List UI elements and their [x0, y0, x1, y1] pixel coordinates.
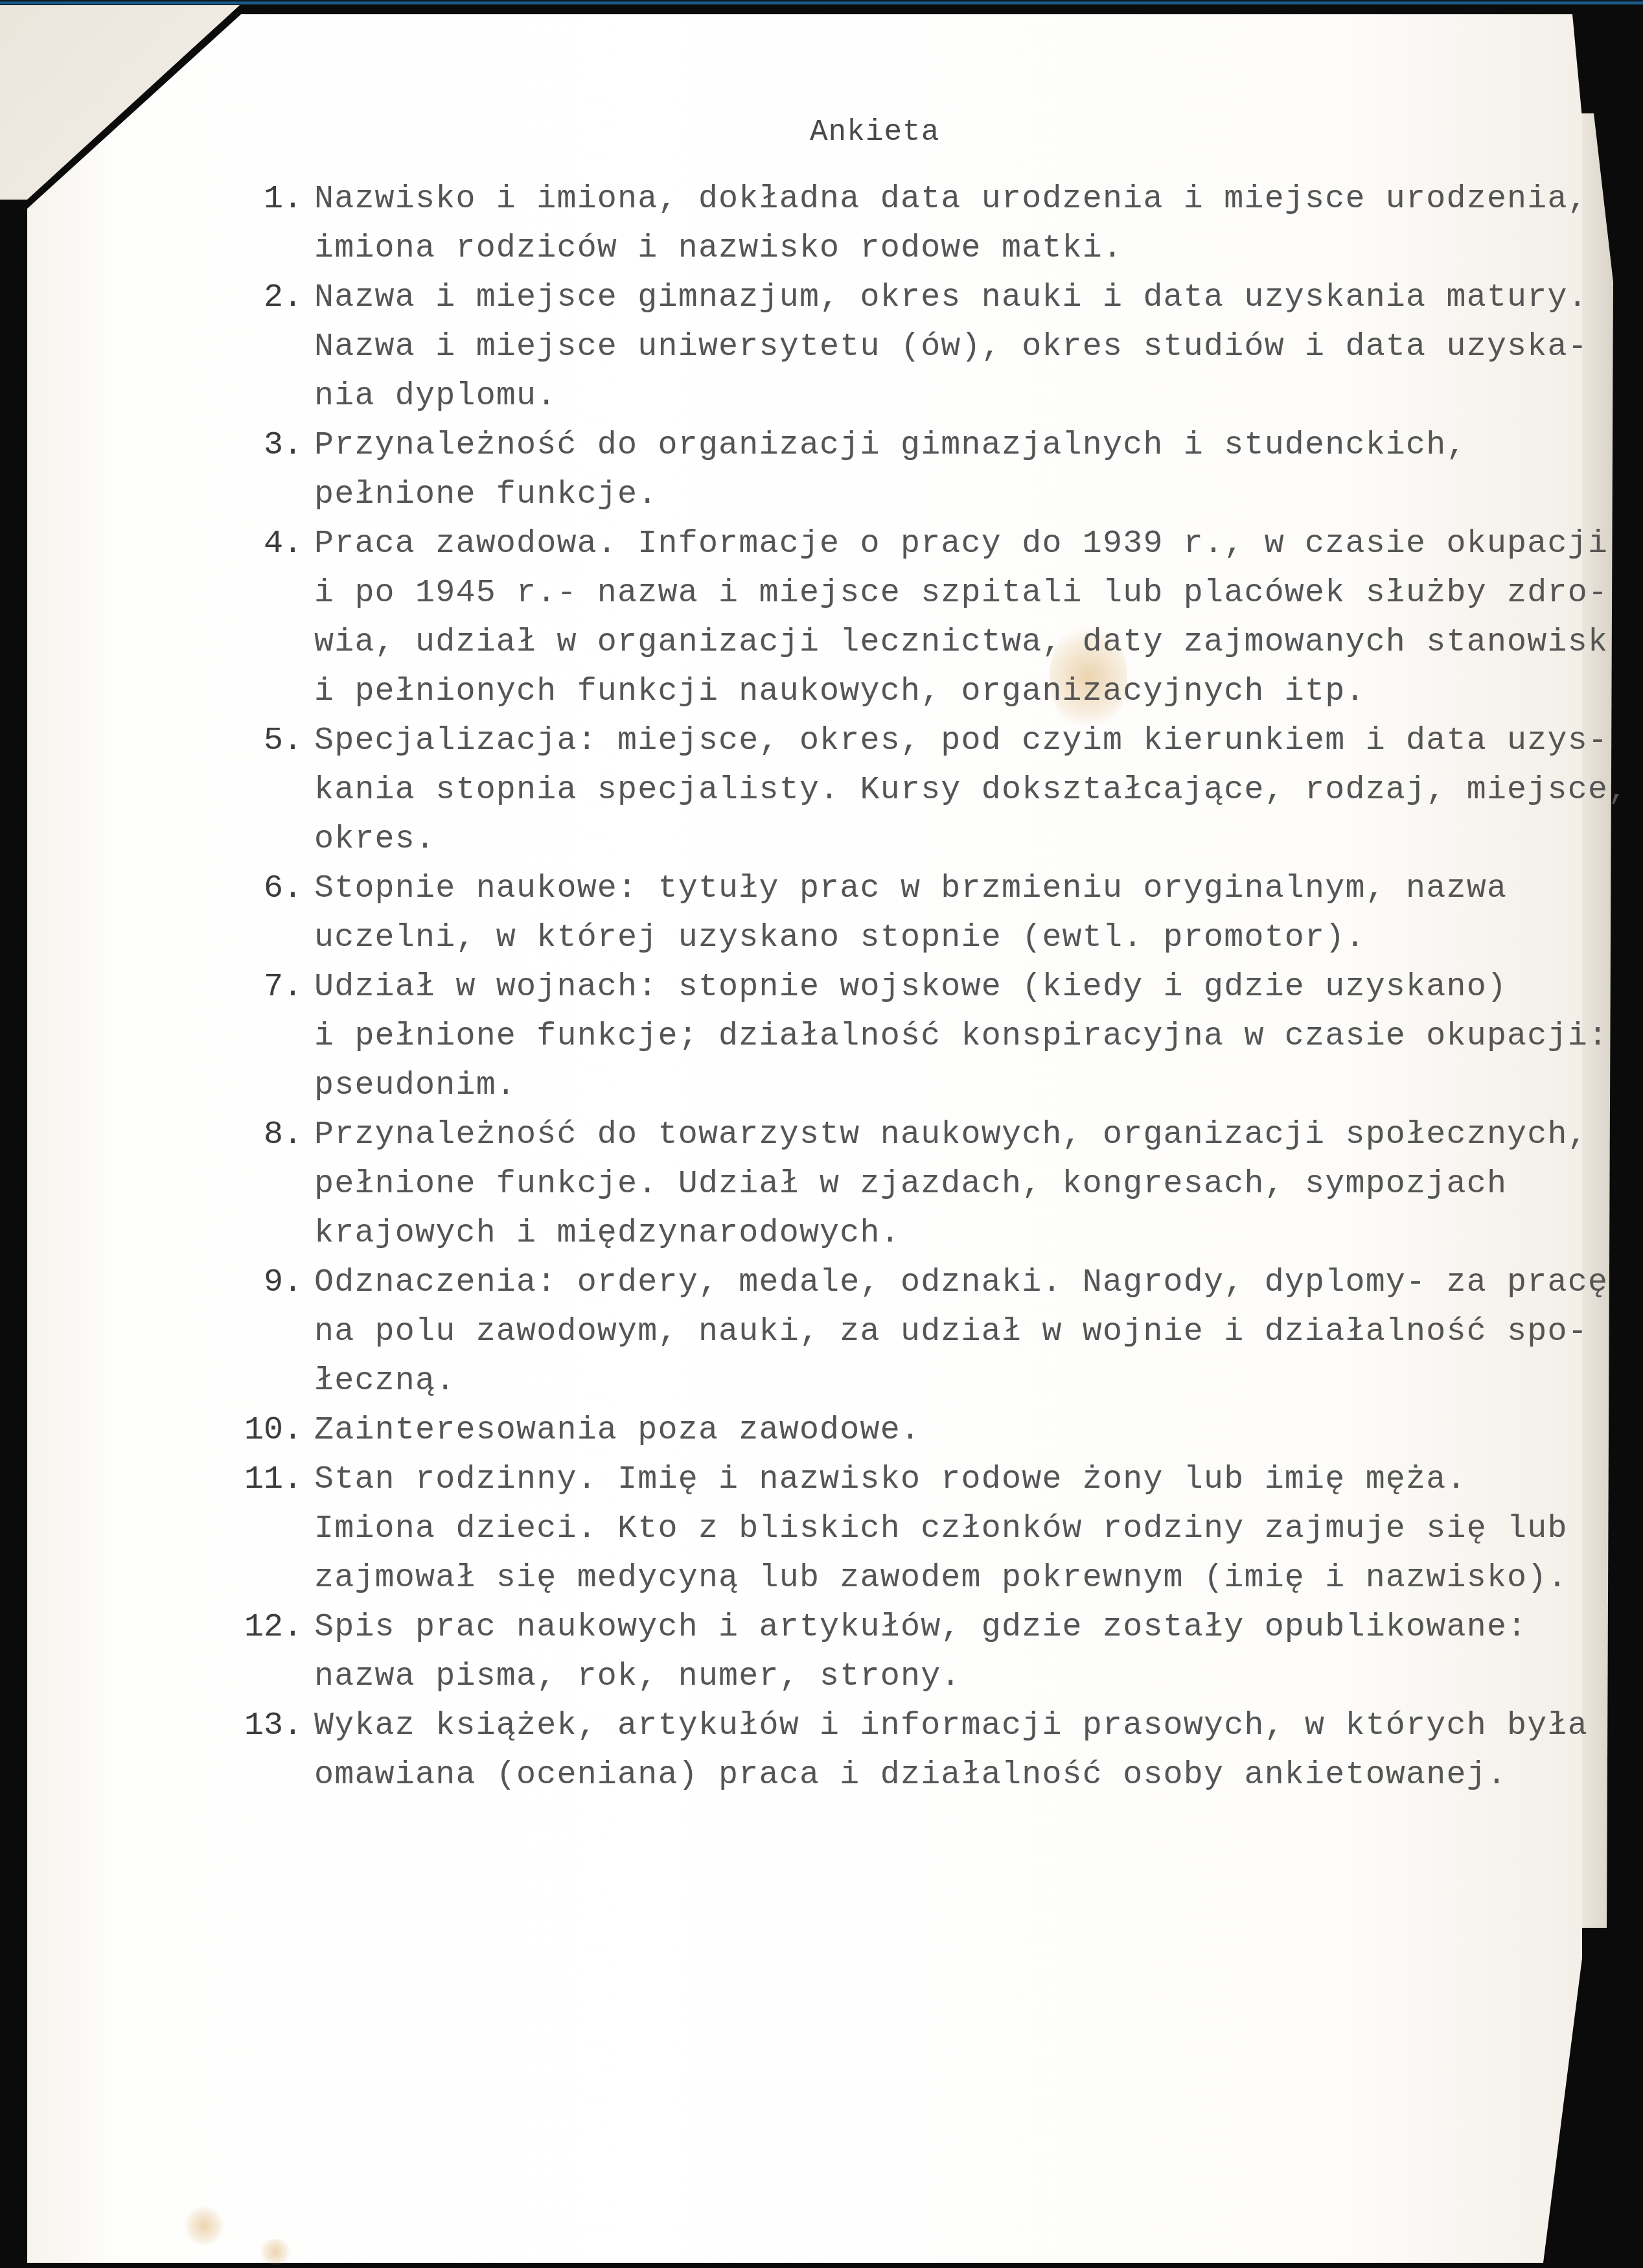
item-number: 5. — [230, 717, 314, 864]
item-text-line: Nazwa i miejsce gimnazjum, okres nauki i… — [314, 273, 1603, 323]
item-text: Wykaz książek, artykułów i informacji pr… — [314, 1702, 1603, 1800]
item-text-line: Wykaz książek, artykułów i informacji pr… — [314, 1702, 1603, 1751]
questionnaire-item: 3.Przynależność do organizacji gimnazjal… — [230, 421, 1603, 520]
questionnaire-items: 1.Nazwisko i imiona, dokładna data urodz… — [230, 175, 1603, 1800]
item-text-line: omawiana (oceniana) praca i działalność … — [314, 1751, 1603, 1800]
item-text-line: uczelni, w której uzyskano stopnie (ewtl… — [314, 914, 1603, 963]
item-text-line: Przynależność do towarzystw naukowych, o… — [314, 1111, 1603, 1160]
item-text-line: zajmował się medycyną lub zawodem pokrew… — [314, 1554, 1603, 1603]
item-text: Praca zawodowa. Informacje o pracy do 19… — [314, 520, 1608, 717]
item-number: 1. — [230, 175, 314, 273]
item-text: Zainteresowania poza zawodowe. — [314, 1406, 1603, 1455]
item-text-line: pseudonim. — [314, 1061, 1608, 1111]
item-text-line: Imiona dzieci. Kto z bliskich członków r… — [314, 1505, 1603, 1554]
item-text-line: na polu zawodowym, nauki, za udział w wo… — [314, 1308, 1608, 1357]
item-text-line: okres. — [314, 815, 1628, 864]
item-text-line: nazwa pisma, rok, numer, strony. — [314, 1652, 1603, 1702]
questionnaire-item: 9.Odznaczenia: ordery, medale, odznaki. … — [230, 1258, 1603, 1406]
questionnaire-item: 12.Spis prac naukowych i artykułów, gdzi… — [230, 1603, 1603, 1702]
item-text: Odznaczenia: ordery, medale, odznaki. Na… — [314, 1258, 1608, 1406]
item-text-line: pełnione funkcje. — [314, 470, 1603, 520]
item-text: Stopnie naukowe: tytuły prac w brzmieniu… — [314, 864, 1603, 963]
questionnaire-item: 8.Przynależność do towarzystw naukowych,… — [230, 1111, 1603, 1258]
questionnaire-item: 11.Stan rodzinny. Imię i nazwisko rodowe… — [230, 1455, 1603, 1603]
item-text: Stan rodzinny. Imię i nazwisko rodowe żo… — [314, 1455, 1603, 1603]
item-text-line: i pełnionych funkcji naukowych, organiza… — [314, 667, 1608, 717]
item-text-line: Zainteresowania poza zawodowe. — [314, 1406, 1603, 1455]
item-text-line: Przynależność do organizacji gimnazjalny… — [314, 421, 1603, 470]
item-number: 6. — [230, 864, 314, 963]
item-number: 8. — [230, 1111, 314, 1258]
item-number: 9. — [230, 1258, 314, 1406]
questionnaire-item: 4.Praca zawodowa. Informacje o pracy do … — [230, 520, 1603, 717]
item-text-line: imiona rodziców i nazwisko rodowe matki. — [314, 224, 1603, 273]
item-number: 12. — [230, 1603, 314, 1702]
item-text-line: Specjalizacja: miejsce, okres, pod czyim… — [314, 717, 1628, 766]
item-text: Nazwa i miejsce gimnazjum, okres nauki i… — [314, 273, 1603, 421]
item-text-line: pełnione funkcje. Udział w zjazdach, kon… — [314, 1160, 1603, 1209]
item-number: 2. — [230, 273, 314, 421]
questionnaire-item: 1.Nazwisko i imiona, dokładna data urodz… — [230, 175, 1603, 273]
item-text-line: i pełnione funkcje; działalność konspira… — [314, 1012, 1608, 1061]
item-number: 11. — [230, 1455, 314, 1603]
item-text: Przynależność do towarzystw naukowych, o… — [314, 1111, 1603, 1258]
questionnaire-item: 13.Wykaz książek, artykułów i informacji… — [230, 1702, 1603, 1800]
item-text-line: Odznaczenia: ordery, medale, odznaki. Na… — [314, 1258, 1608, 1308]
questionnaire-item: 5.Specjalizacja: miejsce, okres, pod czy… — [230, 717, 1603, 864]
item-number: 7. — [230, 963, 314, 1111]
item-text: Udział w wojnach: stopnie wojskowe (kied… — [314, 963, 1608, 1111]
item-text-line: łeczną. — [314, 1357, 1608, 1406]
item-text: Specjalizacja: miejsce, okres, pod czyim… — [314, 717, 1628, 864]
item-number: 10. — [230, 1406, 314, 1455]
item-text-line: Praca zawodowa. Informacje o pracy do 19… — [314, 520, 1608, 569]
item-number: 4. — [230, 520, 314, 717]
item-text-line: Stan rodzinny. Imię i nazwisko rodowe żo… — [314, 1455, 1603, 1505]
item-number: 13. — [230, 1702, 314, 1800]
item-text-line: Nazwisko i imiona, dokładna data urodzen… — [314, 175, 1603, 224]
document-title: Ankieta — [810, 115, 939, 149]
item-text-line: Stopnie naukowe: tytuły prac w brzmieniu… — [314, 864, 1603, 914]
questionnaire-item: 6.Stopnie naukowe: tytuły prac w brzmien… — [230, 864, 1603, 963]
questionnaire-item: 7.Udział w wojnach: stopnie wojskowe (ki… — [230, 963, 1603, 1111]
item-text-line: kania stopnia specjalisty. Kursy dokszta… — [314, 766, 1628, 815]
scanned-page: Ankieta 1.Nazwisko i imiona, dokładna da… — [0, 0, 1643, 2268]
item-text-line: krajowych i międzynarodowych. — [314, 1209, 1603, 1258]
questionnaire-item: 10.Zainteresowania poza zawodowe. — [230, 1406, 1603, 1455]
item-text-line: nia dyplomu. — [314, 372, 1603, 421]
item-text: Spis prac naukowych i artykułów, gdzie z… — [314, 1603, 1603, 1702]
questionnaire-item: 2.Nazwa i miejsce gimnazjum, okres nauki… — [230, 273, 1603, 421]
item-text-line: Nazwa i miejsce uniwersytetu (ów), okres… — [314, 323, 1603, 372]
item-text: Przynależność do organizacji gimnazjalny… — [314, 421, 1603, 520]
item-number: 3. — [230, 421, 314, 520]
item-text-line: Udział w wojnach: stopnie wojskowe (kied… — [314, 963, 1608, 1012]
item-text-line: wia, udział w organizacji lecznictwa, da… — [314, 618, 1608, 667]
item-text: Nazwisko i imiona, dokładna data urodzen… — [314, 175, 1603, 273]
item-text-line: Spis prac naukowych i artykułów, gdzie z… — [314, 1603, 1603, 1652]
item-text-line: i po 1945 r.- nazwa i miejsce szpitali l… — [314, 569, 1608, 618]
questionnaire: Ankieta 1.Nazwisko i imiona, dokładna da… — [0, 0, 1643, 2268]
